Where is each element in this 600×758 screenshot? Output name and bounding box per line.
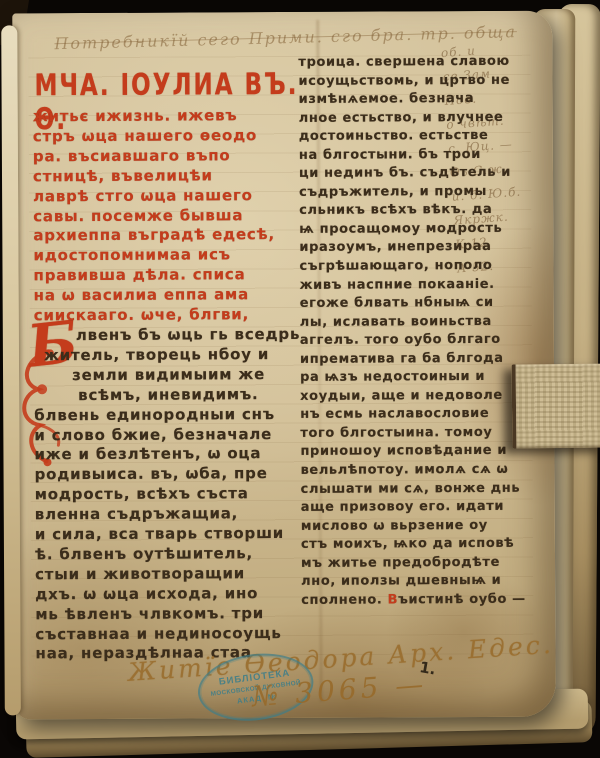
manuscript-line: житьє ижизнь. ижевъ	[33, 106, 309, 127]
manuscript-line: иже и безлѣтенъ, ѡ оца	[34, 444, 310, 465]
right-text-column: троица. свершена славоюисоущьствомь, и ц…	[298, 53, 533, 611]
manuscript-line: сиискааго. ѡче, блгви,	[34, 305, 310, 326]
left-text-column: житьє ижизнь. ижевъстръ ѡца нашего ѳеодо…	[33, 106, 312, 665]
manuscript-line: на блгостыни. бъ трои	[299, 145, 531, 165]
manuscript-line: земли видимыим же	[34, 365, 310, 386]
manuscript-line: приношоу исповѣдание и	[300, 442, 532, 462]
manuscript-line: того блгостыина. томоу	[300, 424, 532, 444]
manuscript-line: стъ моихъ, ѩко да исповѣ	[301, 535, 533, 555]
manuscript-line: ѣ. блвенъ оутѣшитель,	[35, 544, 311, 565]
manuscript-photo: Потребникїй сего Прими. сго бра. тр. общ…	[0, 0, 600, 758]
manuscript-line: хоудыи, аще и недоволе	[300, 387, 532, 407]
manuscript-line: лаврѣ стго ѡца нашего	[33, 185, 309, 206]
manuscript-line: модрость, всѣхъ съста	[35, 484, 311, 505]
manuscript-line: стыи и животворащии	[35, 564, 311, 585]
manuscript-line: измѣнѧемое. безнача	[299, 90, 531, 110]
manuscript-line: ипрематива га ба блгода	[300, 349, 532, 369]
manuscript-line: житель, творець нбоу и	[34, 345, 310, 366]
manuscript-line: съдръжитель, и промы	[299, 183, 531, 203]
manuscript-line: на ѡ василиа еппа ама	[34, 285, 310, 306]
manuscript-line: идостопомнимаа исъ	[33, 245, 309, 266]
manuscript-line: савы. посемже бывша	[33, 205, 309, 226]
manuscript-line: аще призовоу его. идати	[301, 498, 533, 518]
manuscript-line: всѣмъ, иневидимъ.	[34, 385, 310, 406]
manuscript-line: съгрѣшающаго, нополо	[299, 257, 531, 277]
manuscript-line: вленна съдръжащиа,	[35, 504, 311, 525]
manuscript-line: ра ѩзъ недостоиныи и	[300, 368, 532, 388]
manuscript-line: блвень единородныи снъ	[34, 404, 310, 425]
manuscript-line: правивша дѣла. списа	[33, 265, 309, 286]
manuscript-line: живъ наспние покааніе.	[300, 275, 532, 295]
manuscript-line: лное естьство, и влучнее	[299, 108, 531, 128]
manuscript-line: стницѣ, въвелицѣи	[33, 166, 309, 187]
bookmark-tab	[512, 364, 600, 449]
manuscript-line: стръ ѡца нашего ѳеодо	[33, 126, 309, 147]
manuscript-page: Потребникїй сего Прими. сго бра. тр. общ…	[12, 11, 556, 720]
manuscript-line: слышати ми сѧ, вонже днь	[301, 479, 533, 499]
manuscript-line: архиеппа въградѣ едесѣ,	[33, 225, 309, 246]
manuscript-line: лно, иползы дшевныѩ и	[301, 572, 533, 592]
manuscript-line: иразоумъ, инепрезираа	[299, 238, 531, 258]
manuscript-line: достоиньство. естьстве	[299, 127, 531, 147]
manuscript-line: лвенъ бъ ѡць гь вседрь	[34, 325, 310, 346]
manuscript-line: ра. въсиавшаго въпо	[33, 146, 309, 167]
manuscript-line: мъ житье предобродѣте	[301, 553, 533, 573]
manuscript-line: лы, иславать воиньства	[300, 312, 532, 332]
manuscript-line: и слово бжие, безначале	[34, 424, 310, 445]
manuscript-line: вельлѣпотоу. имолѧ сѧ ѡ	[301, 461, 533, 481]
manuscript-line: съставнаа и нединосоущь	[35, 623, 311, 644]
manuscript-line: исоущьствомь, и цртво не	[298, 71, 530, 91]
manuscript-line: аггелъ. того оубо блгаго	[300, 331, 532, 351]
manuscript-line: сльникъ всѣхъ вѣкъ. да	[299, 201, 531, 221]
manuscript-line: родивыиса. въ, ѡба, пре	[35, 464, 311, 485]
manuscript-line: и сила, вса тварь створши	[35, 524, 311, 545]
manuscript-line: дхъ. ѡ ѡца исхода, ино	[35, 584, 311, 605]
manuscript-line: нъ есмь наславословие	[300, 405, 532, 425]
manuscript-line: ѩ просащомоу модрость	[299, 220, 531, 240]
manuscript-line: мь ѣвленъ члвкомъ. три	[35, 604, 311, 625]
manuscript-line: троица. свершена славою	[298, 53, 530, 73]
manuscript-line: мислово ѡ вьрзение оу	[301, 516, 533, 536]
manuscript-line: ци нединъ бъ. съдѣтель и	[299, 164, 531, 184]
folio-mark: 1.	[418, 658, 437, 678]
manuscript-line: сполнено. Въистинѣ оубо —	[301, 591, 533, 611]
manuscript-line: егоже блвать нбныѩ си	[300, 294, 532, 314]
